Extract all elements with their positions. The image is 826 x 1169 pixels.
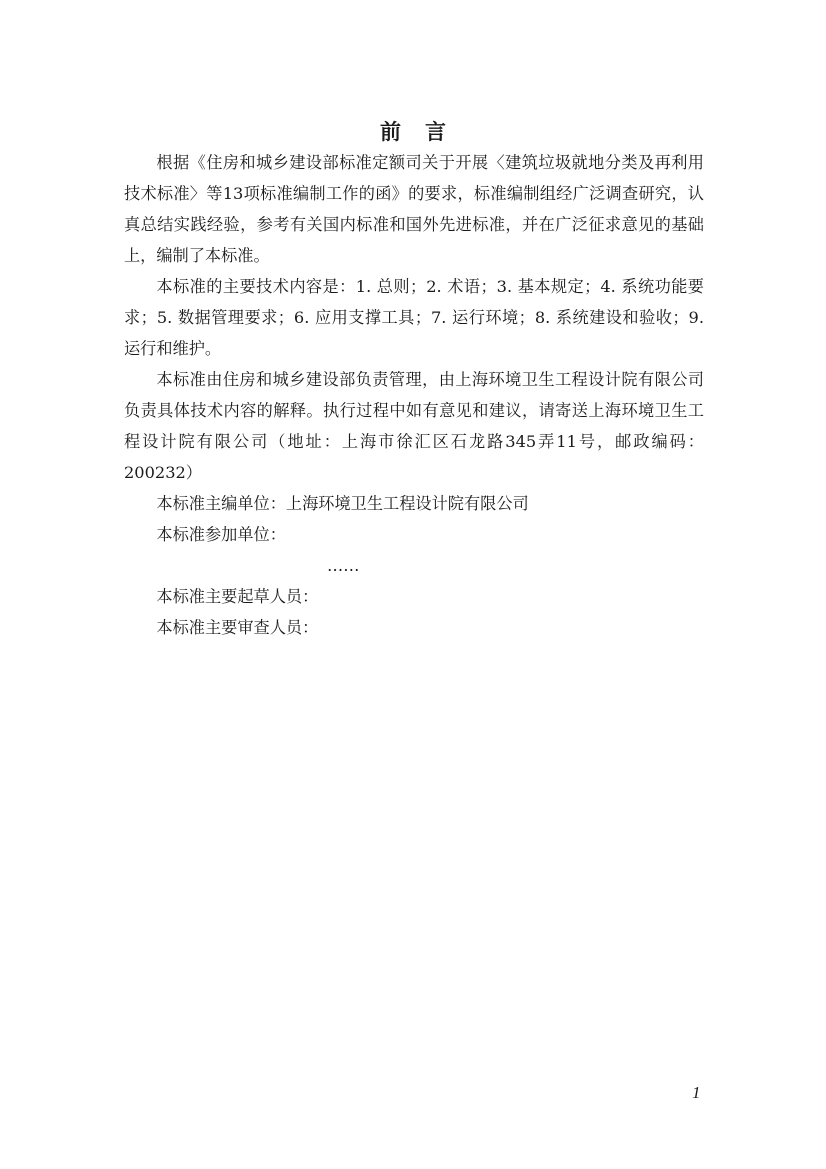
drafters-line: 本标准主要起草人员： (124, 581, 704, 612)
paragraph-management: 本标准由住房和城乡建设部负责管理，由上海环境卫生工程设计院有限公司负责具体技术内… (124, 364, 704, 488)
participating-unit-line: 本标准参加单位： (124, 519, 704, 550)
paragraph-technical-content: 本标准的主要技术内容是：1. 总则；2. 术语；3. 基本规定；4. 系统功能要… (124, 271, 704, 364)
ellipsis: …… (124, 550, 704, 581)
page-title: 前言 (0, 116, 826, 146)
chief-unit-line: 本标准主编单位：上海环境卫生工程设计院有限公司 (124, 488, 704, 519)
reviewers-line: 本标准主要审查人员： (124, 612, 704, 643)
page-number: 1 (692, 1083, 701, 1103)
document-body: 根据《住房和城乡建设部标准定额司关于开展〈建筑垃圾就地分类及再利用技术标准〉等1… (124, 147, 704, 643)
paragraph-background: 根据《住房和城乡建设部标准定额司关于开展〈建筑垃圾就地分类及再利用技术标准〉等1… (124, 147, 704, 271)
